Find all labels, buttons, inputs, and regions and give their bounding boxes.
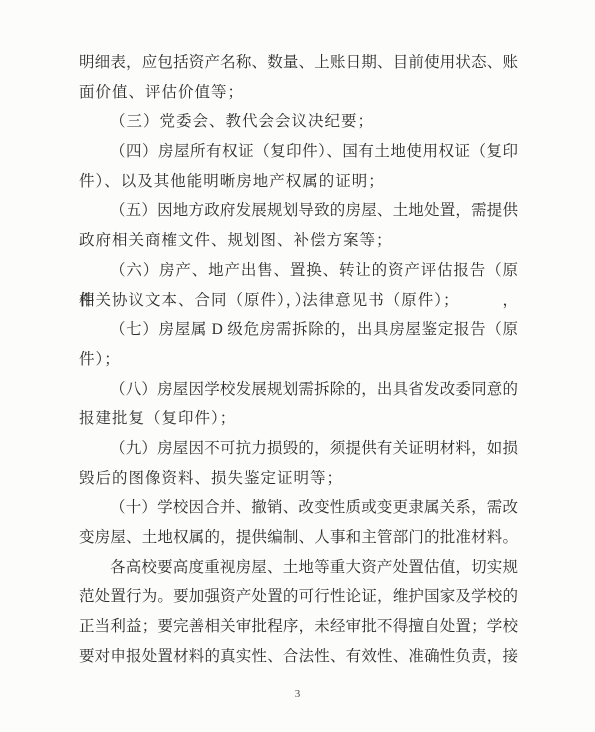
text-line: 报建批复（复印件）； xyxy=(79,404,518,434)
text-line: （七）房屋属 D 级危房需拆除的，出具房屋鉴定报告（原 xyxy=(79,315,518,345)
document-text-block: 明细表，应包括资产名称、数量、上账日期、目前使用状态、账 面价值、评估价值等； … xyxy=(79,48,518,671)
text-line: 件）、以及其他能明晰房地产权属的证明； xyxy=(79,167,518,197)
text-line: 范处置行为。要加强资产处置的可行性论证，维护国家及学校的 xyxy=(79,582,518,612)
text-line: 件）； xyxy=(79,345,518,375)
text-line: 要对申报处置材料的真实性、合法性、有效性、准确性负责，接 xyxy=(79,642,518,672)
text-line: 毁后的图像资料、损失鉴定证明等； xyxy=(79,464,518,494)
text-line: 各高校要高度重视房屋、土地等重大资产处置估值，切实规 xyxy=(79,553,518,583)
text-line: （三）党委会、教代会会议决纪要； xyxy=(79,107,518,137)
text-line: 正当利益；要完善相关审批程序，未经审批不得擅自处置；学校 xyxy=(79,612,518,642)
text-line: 面价值、评估价值等； xyxy=(79,78,518,108)
text-line: （九）房屋因不可抗力损毁的，须提供有关证明材料，如损 xyxy=(79,434,518,464)
text-line: 明细表，应包括资产名称、数量、上账日期、目前使用状态、账 xyxy=(79,48,518,78)
text-line: （五）因地方政府发展规划导致的房屋、土地处置，需提供 xyxy=(79,196,518,226)
text-line: 政府相关商榷文件、规划图、补偿方案等； xyxy=(79,226,518,256)
document-page: 明细表，应包括资产名称、数量、上账日期、目前使用状态、账 面价值、评估价值等； … xyxy=(0,0,595,732)
text-line: 变房屋、土地权属的，提供编制、人事和主管部门的批准材料。 xyxy=(79,523,518,553)
text-line: （四）房屋所有权证（复印件）、国有土地使用权证（复印 xyxy=(79,137,518,167)
text-line: （八）房屋因学校发展规划需拆除的，出具省发改委同意的 xyxy=(79,375,518,405)
text-line: （十）学校因合并、撤销、改变性质或变更隶属关系，需改 xyxy=(79,493,518,523)
page-number: 3 xyxy=(0,688,595,700)
text-line: （六）房产、地产出售、置换、转让的资产评估报告（原件）， xyxy=(79,256,518,286)
text-line: 相关协议文本、合同（原件），法律意见书（原件）； xyxy=(79,286,518,316)
